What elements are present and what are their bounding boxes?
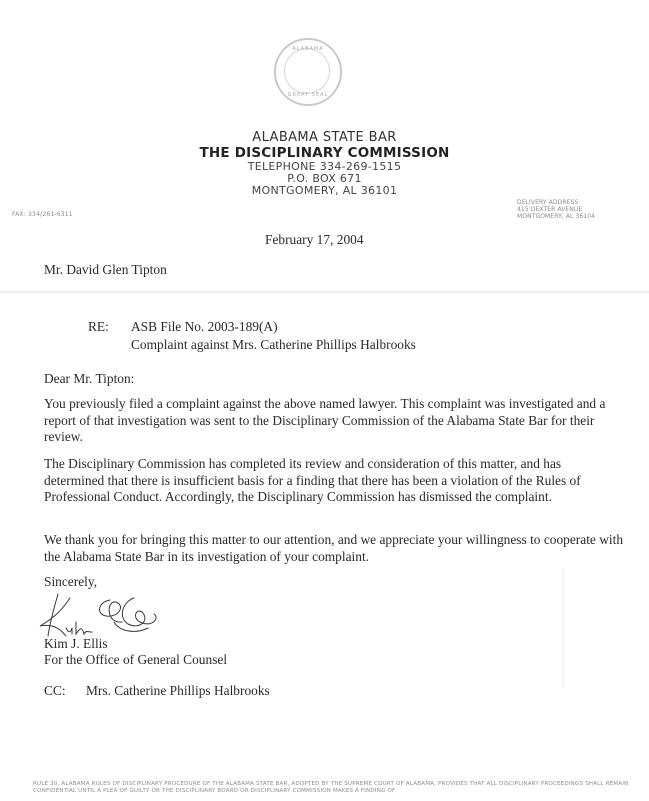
- delivery-address-line: 415 DEXTER AVENUE: [517, 206, 595, 213]
- body-paragraph: You previously filed a complaint against…: [44, 396, 624, 446]
- delivery-address-line: MONTGOMERY, AL 36104: [517, 213, 595, 220]
- letterhead-organization: ALABAMA STATE BAR: [0, 130, 649, 145]
- salutation: Dear Mr. Tipton:: [44, 371, 134, 387]
- delivery-address-line: DELIVERY ADDRESS: [517, 199, 595, 206]
- re-label: RE:: [88, 319, 109, 335]
- paper-fold-line: [561, 568, 565, 688]
- confidentiality-footer: RULE 30, ALABAMA RULES OF DISCIPLINARY P…: [33, 781, 643, 795]
- cc-label: CC:: [44, 683, 66, 699]
- letterhead-city: MONTGOMERY, AL 36101: [0, 184, 649, 197]
- state-seal-icon: ALABAMA GREAT SEAL: [274, 38, 342, 106]
- seal-bottom-text: GREAT SEAL: [276, 92, 340, 98]
- cc-recipient: Mrs. Catherine Phillips Halbrooks: [86, 683, 270, 699]
- signer-title: For the Office of General Counsel: [44, 652, 227, 668]
- delivery-address: DELIVERY ADDRESS 415 DEXTER AVENUE MONTG…: [517, 199, 595, 220]
- re-file-number: ASB File No. 2003-189(A): [131, 319, 278, 335]
- signer-name: Kim J. Ellis: [44, 636, 108, 652]
- re-subject: Complaint against Mrs. Catherine Phillip…: [131, 337, 416, 353]
- body-paragraph: The Disciplinary Commission has complete…: [44, 456, 624, 506]
- letterhead-fax: FAX: 334/261-6311: [12, 211, 73, 218]
- addressee: Mr. David Glen Tipton: [44, 262, 167, 278]
- seal-inner-ring: [284, 48, 330, 94]
- paper-fold-line: [0, 289, 649, 295]
- seal-top-text: ALABAMA: [276, 46, 340, 52]
- body-paragraph: We thank you for bringing this matter to…: [44, 532, 624, 565]
- letter-date: February 17, 2004: [265, 232, 364, 248]
- letterhead-commission: THE DISCIPLINARY COMMISSION: [0, 145, 649, 161]
